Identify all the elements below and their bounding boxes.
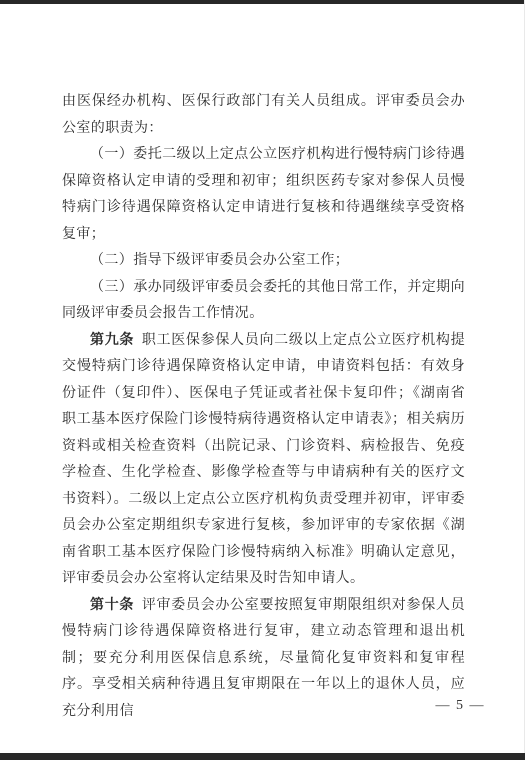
paragraph-item-3: （三）承办同级评审委员会委托的其他日常工作，并定期向同级评审委员会报告工作情况。 xyxy=(62,275,465,328)
paragraph-article-10: 第十条评审委员会办公室要按照复审期限组织对参保人员慢特病门诊待遇保障资格进行复审… xyxy=(62,593,465,726)
paragraph-item-2: （二）指导下级评审委员会办公室工作； xyxy=(62,248,465,275)
paragraph-continuation: 由医保经办机构、医保行政部门有关人员组成。评审委员会办公室的职责为： xyxy=(62,89,465,142)
article-text: 职工医保参保人员向二级以上定点公立医疗机构提交慢特病门诊待遇保障资格认定申请，申… xyxy=(62,333,465,587)
document-text-block: 由医保经办机构、医保行政部门有关人员组成。评审委员会办公室的职责为： （一）委托… xyxy=(62,89,465,725)
article-number-label: 第十条 xyxy=(90,598,134,613)
scan-edge-bottom xyxy=(0,753,525,760)
document-page: 由医保经办机构、医保行政部门有关人员组成。评审委员会办公室的职责为： （一）委托… xyxy=(0,0,525,760)
article-text: 评审委员会办公室要按照复审期限组织对参保人员慢特病门诊待遇保障资格进行复审，建立… xyxy=(62,598,465,719)
page-number: — 5 — xyxy=(436,698,486,714)
scan-edge-top xyxy=(0,0,525,4)
paragraph-article-9: 第九条职工医保参保人员向二级以上定点公立医疗机构提交慢特病门诊待遇保障资格认定申… xyxy=(62,328,465,593)
paragraph-item-1: （一）委托二级以上定点公立医疗机构进行慢特病门诊待遇保障资格认定申请的受理和初审… xyxy=(62,142,465,248)
article-number-label: 第九条 xyxy=(90,333,134,348)
